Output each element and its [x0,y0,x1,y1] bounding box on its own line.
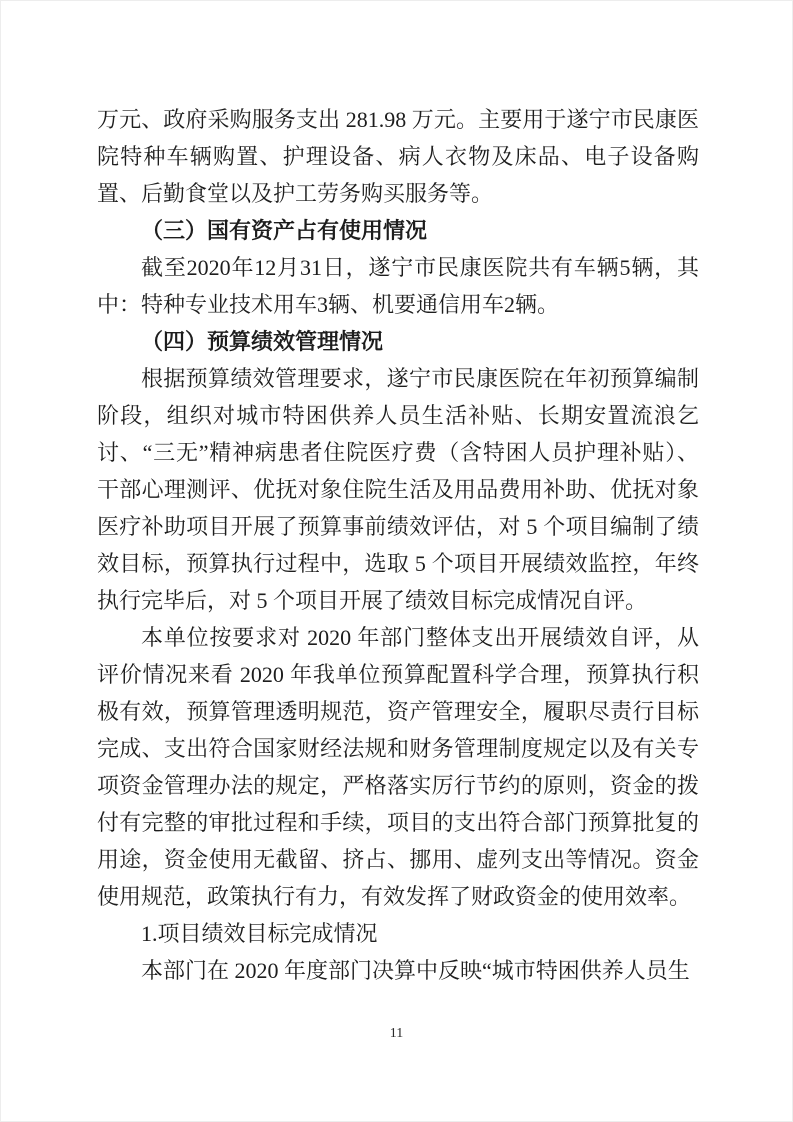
document-body: 万元、政府采购服务支出 281.98 万元。主要用于遂宁市民康医院特种车辆购置、… [97,101,699,989]
paragraph-vehicles: 截至2020年12月31日，遂宁市民康医院共有车辆5辆，其中：特种专业技术用车3… [97,249,699,323]
paragraph-performance-evaluation: 根据预算绩效管理要求，遂宁市民康医院在年初预算编制阶段，组织对城市特困供养人员生… [97,360,699,619]
paragraph-continued-from-previous-page: 万元、政府采购服务支出 281.98 万元。主要用于遂宁市民康医院特种车辆购置、… [97,101,699,212]
document-page: 万元、政府采购服务支出 281.98 万元。主要用于遂宁市民康医院特种车辆购置、… [0,0,793,1122]
section-heading-4-budget-performance: （四）预算绩效管理情况 [97,323,699,360]
paragraph-partial-continues-next-page: 本部门在 2020 年度部门决算中反映“城市特困供养人员生 [97,952,699,989]
page-number: 11 [1,1025,792,1043]
paragraph-self-assessment: 本单位按要求对 2020 年部门整体支出开展绩效自评，从评价情况来看 2020 … [97,619,699,915]
subheading-project-performance-goals: 1.项目绩效目标完成情况 [97,915,699,952]
section-heading-3-state-assets: （三）国有资产占有使用情况 [97,212,699,249]
